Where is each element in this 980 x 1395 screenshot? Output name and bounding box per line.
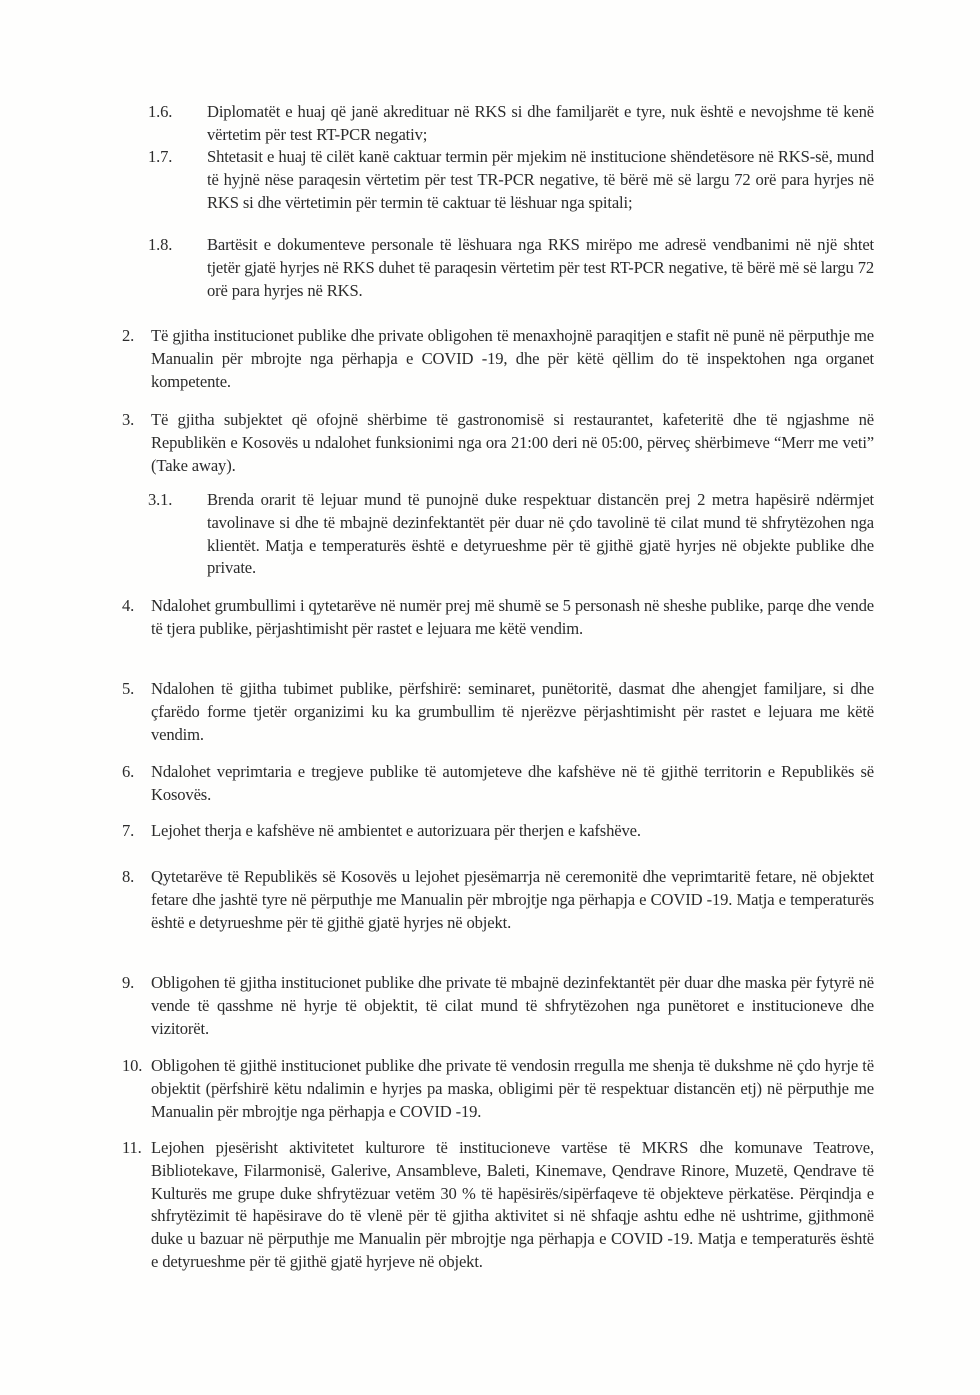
paragraph-number: 4. bbox=[122, 595, 134, 618]
paragraph-8: 8. Qytetarëve të Republikës së Kosovës u… bbox=[122, 866, 874, 934]
paragraph-text: Diplomatët e huaj që janë akredituar në … bbox=[207, 101, 874, 147]
paragraph-text: Të gjitha institucionet publike dhe priv… bbox=[151, 325, 874, 393]
paragraph-number: 3.1. bbox=[148, 489, 172, 512]
paragraph-9: 9. Obligohen të gjitha institucionet pub… bbox=[122, 972, 874, 1040]
paragraph-6: 6. Ndalohet veprimtaria e tregjeve publi… bbox=[122, 761, 874, 807]
paragraph-11: 11. Lejohen pjesërisht aktivitetet kultu… bbox=[122, 1137, 874, 1274]
paragraph-4: 4. Ndalohet grumbullimi i qytetarëve në … bbox=[122, 595, 874, 641]
paragraph-3-1: 3.1. Brenda orarit të lejuar mund të pun… bbox=[148, 489, 874, 580]
paragraph-number: 5. bbox=[122, 678, 134, 701]
paragraph-1-6: 1.6. Diplomatët e huaj që janë akreditua… bbox=[148, 101, 874, 147]
paragraph-7: 7. Lejohet therja e kafshëve në ambiente… bbox=[122, 820, 874, 843]
paragraph-number: 7. bbox=[122, 820, 134, 843]
paragraph-number: 3. bbox=[122, 409, 134, 432]
paragraph-1-8: 1.8. Bartësit e dokumenteve personale të… bbox=[148, 234, 874, 302]
paragraph-text: Obligohen të gjitha institucionet publik… bbox=[151, 972, 874, 1040]
paragraph-text: Brenda orarit të lejuar mund të punojnë … bbox=[207, 489, 874, 580]
paragraph-10: 10. Obligohen të gjithë institucionet pu… bbox=[122, 1055, 874, 1123]
paragraph-2: 2. Të gjitha institucionet publike dhe p… bbox=[122, 325, 874, 393]
paragraph-text: Qytetarëve të Republikës së Kosovës u le… bbox=[151, 866, 874, 934]
paragraph-number: 2. bbox=[122, 325, 134, 348]
paragraph-number: 8. bbox=[122, 866, 134, 889]
paragraph-text: Ndalohen të gjitha tubimet publike, përf… bbox=[151, 678, 874, 746]
paragraph-number: 1.8. bbox=[148, 234, 172, 257]
paragraph-number: 6. bbox=[122, 761, 134, 784]
paragraph-text: Lejohet therja e kafshëve në ambientet e… bbox=[151, 820, 874, 843]
paragraph-3: 3. Të gjitha subjektet që ofojnë shërbim… bbox=[122, 409, 874, 477]
paragraph-text: Të gjitha subjektet që ofojnë shërbime t… bbox=[151, 409, 874, 477]
document-page: 1.6. Diplomatët e huaj që janë akreditua… bbox=[0, 0, 980, 1395]
paragraph-text: Shtetasit e huaj të cilët kanë caktuar t… bbox=[207, 146, 874, 214]
paragraph-number: 10. bbox=[122, 1055, 142, 1078]
paragraph-number: 1.7. bbox=[148, 146, 172, 169]
paragraph-text: Bartësit e dokumenteve personale të lësh… bbox=[207, 234, 874, 302]
paragraph-number: 11. bbox=[122, 1137, 142, 1160]
paragraph-text: Ndalohet grumbullimi i qytetarëve në num… bbox=[151, 595, 874, 641]
paragraph-text: Obligohen të gjithë institucionet publik… bbox=[151, 1055, 874, 1123]
paragraph-number: 1.6. bbox=[148, 101, 172, 124]
paragraph-text: Lejohen pjesërisht aktivitetet kulturore… bbox=[151, 1137, 874, 1274]
paragraph-number: 9. bbox=[122, 972, 134, 995]
paragraph-1-7: 1.7. Shtetasit e huaj të cilët kanë cakt… bbox=[148, 146, 874, 214]
paragraph-text: Ndalohet veprimtaria e tregjeve publike … bbox=[151, 761, 874, 807]
paragraph-5: 5. Ndalohen të gjitha tubimet publike, p… bbox=[122, 678, 874, 746]
